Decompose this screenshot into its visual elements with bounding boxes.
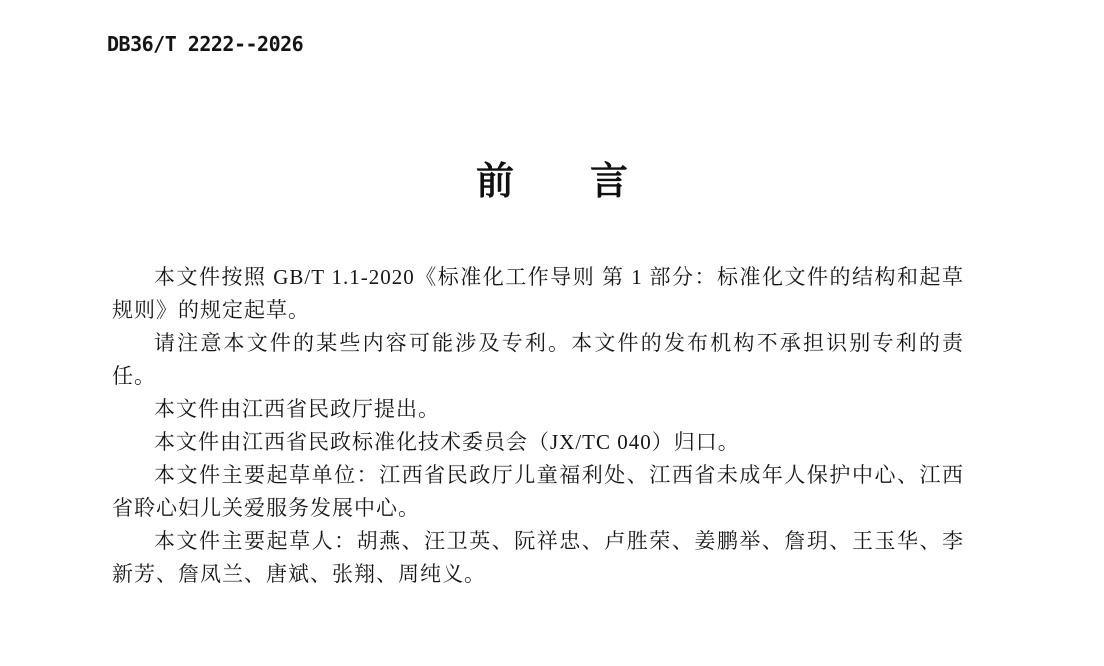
paragraph-drafting-basis: 本文件按照 GB/T 1.1-2020《标准化工作导则 第 1 部分：标准化文件…: [112, 261, 964, 327]
foreword-title: 前 言: [0, 150, 1104, 205]
paragraph-drafting-organizations: 本文件主要起草单位：江西省民政厅儿童福利处、江西省未成年人保护中心、江西省聆心妇…: [112, 459, 964, 525]
standard-doc-number: DB36/T 2222--2026: [107, 32, 303, 56]
document-page: DB36/T 2222--2026 前 言 本文件按照 GB/T 1.1-202…: [0, 0, 1104, 666]
paragraph-under-jurisdiction: 本文件由江西省民政标准化技术委员会（JX/TC 040）归口。: [112, 426, 964, 459]
paragraph-proposed-by: 本文件由江西省民政厅提出。: [112, 393, 964, 426]
foreword-body: 本文件按照 GB/T 1.1-2020《标准化工作导则 第 1 部分：标准化文件…: [112, 261, 964, 591]
paragraph-main-drafters: 本文件主要起草人：胡燕、汪卫英、阮祥忠、卢胜荣、姜鹏举、詹玥、王玉华、李新芳、詹…: [112, 525, 964, 591]
paragraph-patent-notice: 请注意本文件的某些内容可能涉及专利。本文件的发布机构不承担识别专利的责任。: [112, 327, 964, 393]
